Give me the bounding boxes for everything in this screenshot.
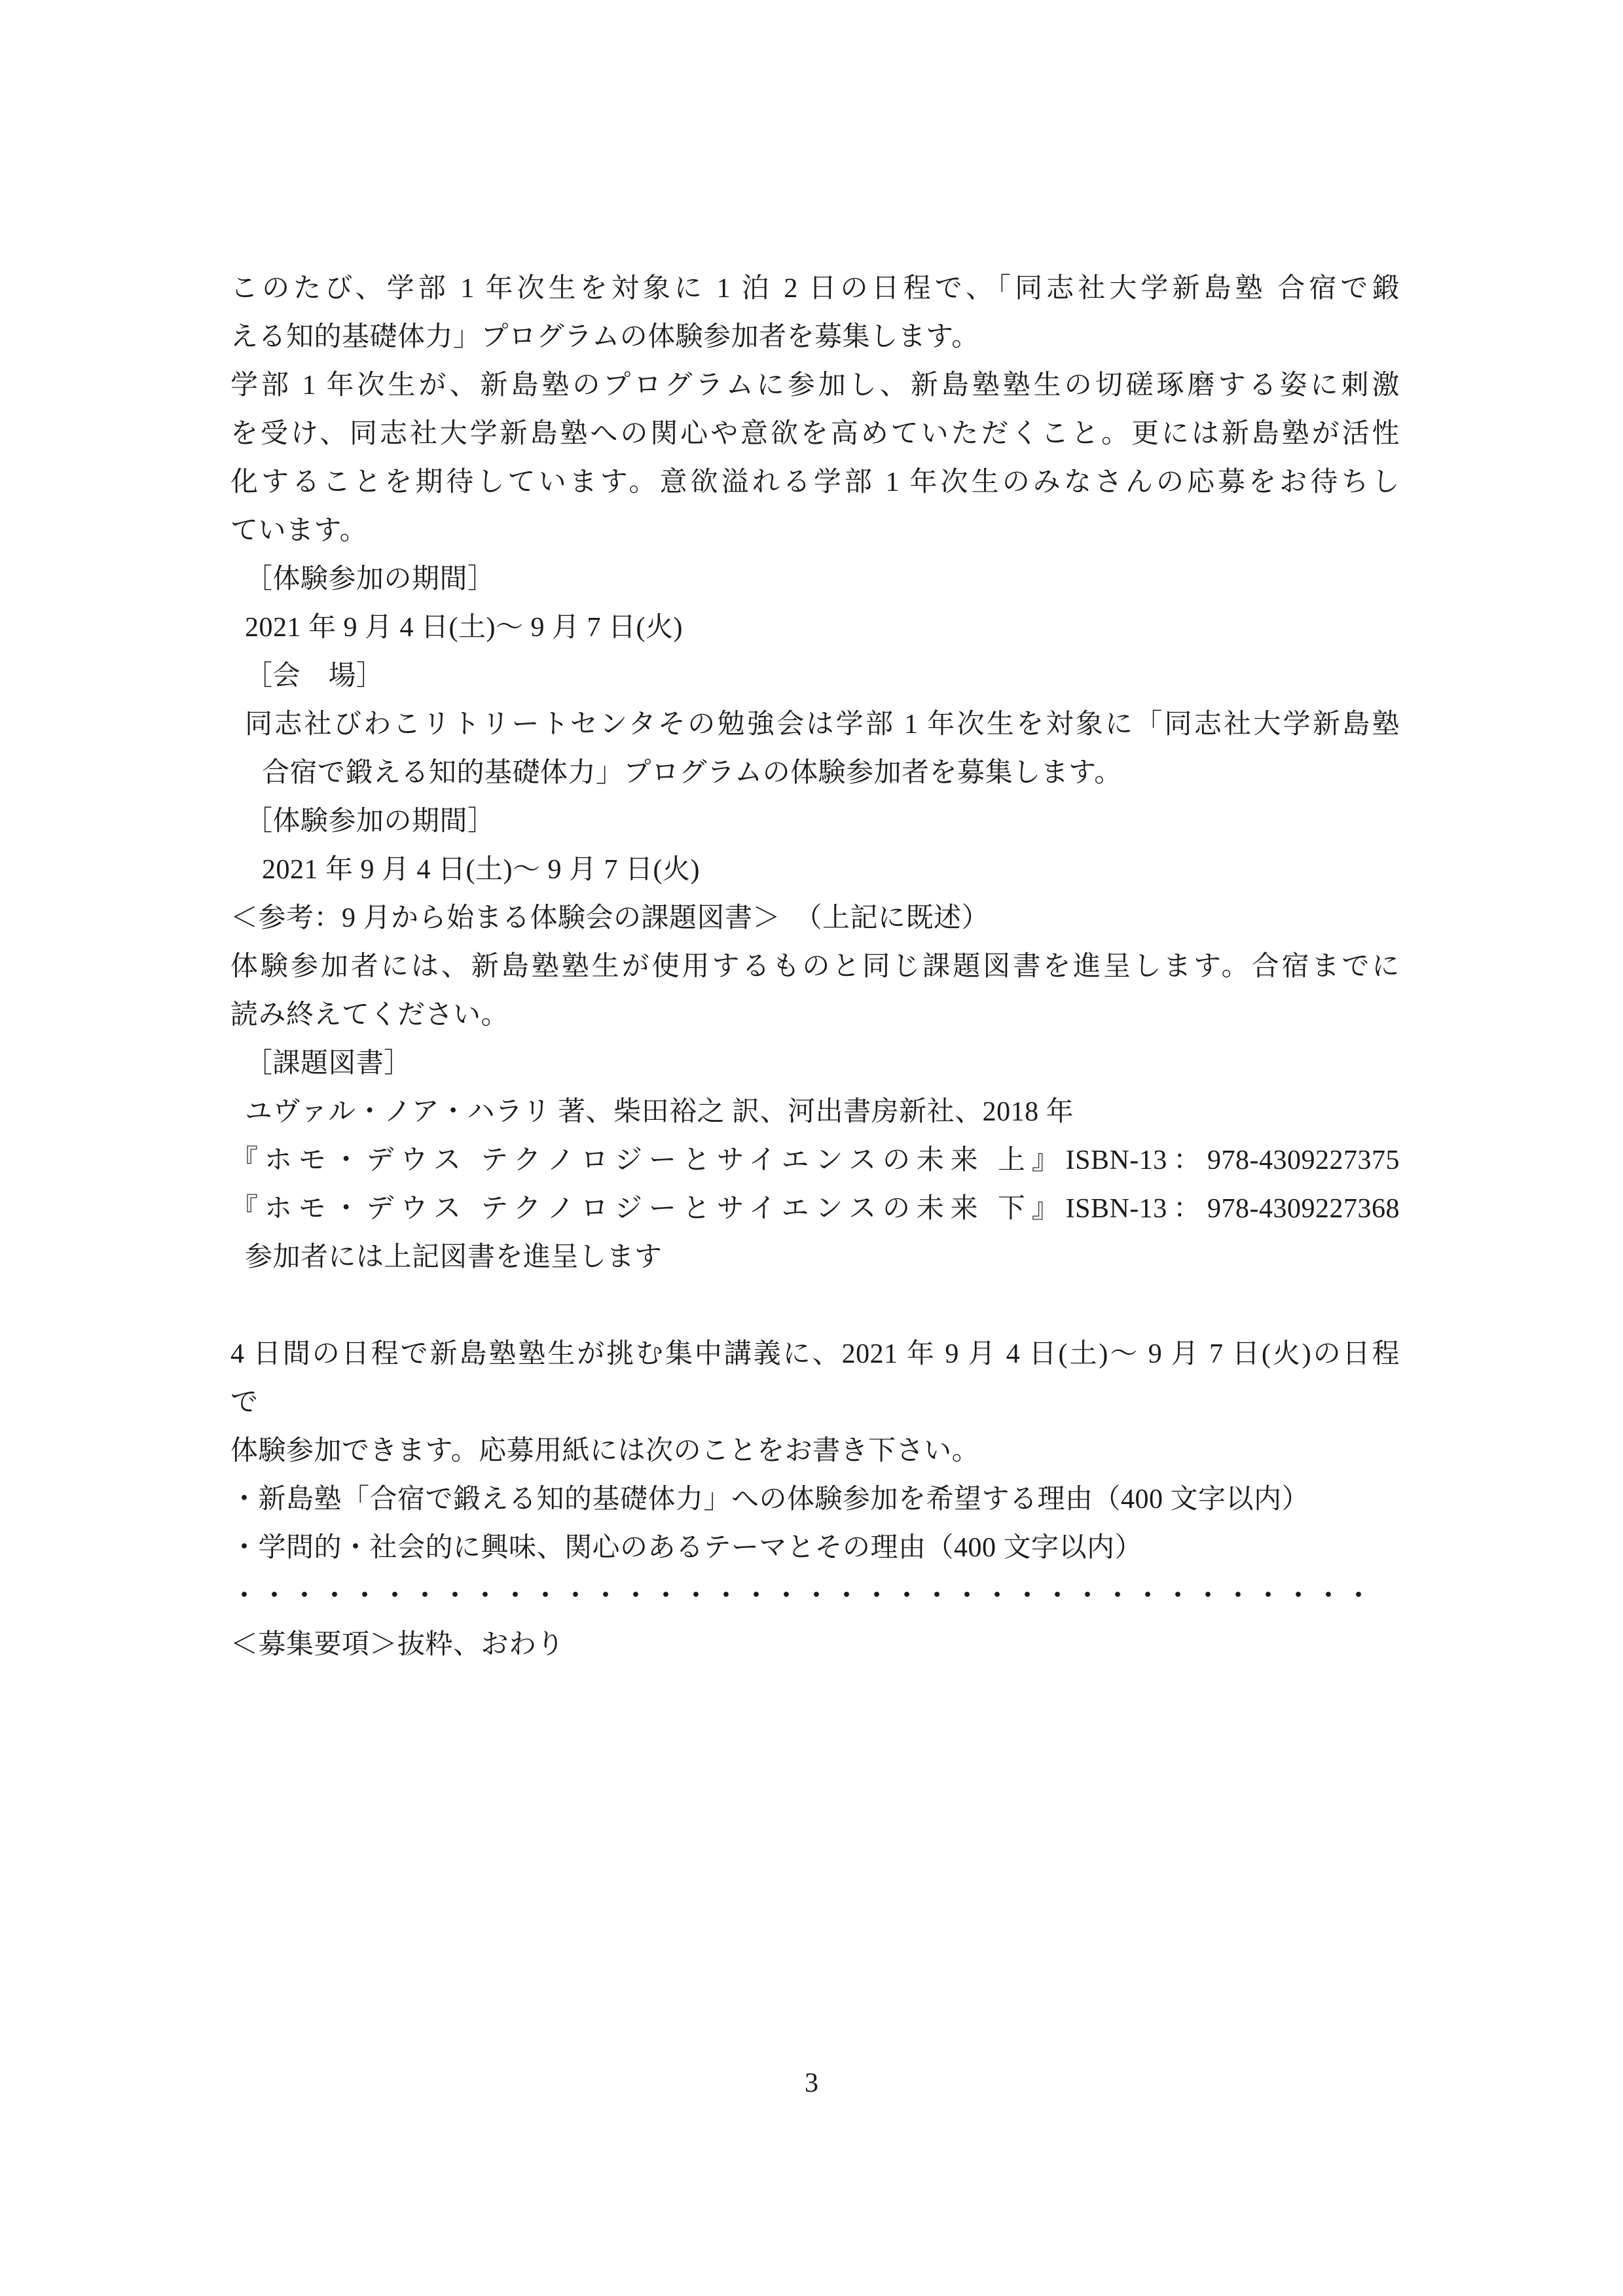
- section-label: ［体験参加の期間］: [230, 555, 1400, 603]
- book-author-line: ユヴァル・ノア・ハラリ 著、柴田裕之 訳、河出書房新社、2018 年: [230, 1088, 1400, 1136]
- bullet-item: ・学問的・社会的に興味、関心のあるテーマとその理由（400 文字以内）: [230, 1524, 1400, 1572]
- text-line: を受け、同志社大学新島塾への関心や意欲を高めていただくこと。更には新島塾が活性: [230, 410, 1400, 458]
- text-line: 4 日間の日程で新島塾塾生が挑む集中講義に、2021 年 9 月 4 日(土)～…: [230, 1330, 1400, 1378]
- page-number: 3: [0, 2067, 1623, 2100]
- text-line: このたび、学部 1 年次生を対象に 1 泊 2 日の日程で、「同志社大学新島塾 …: [230, 264, 1400, 313]
- paragraph-break: [230, 1282, 1400, 1330]
- dotted-separator: ・・・・・・・・・・・・・・・・・・・・・・・・・・・・・・・・・・・・・・: [230, 1572, 1400, 1621]
- text-line: 参加者には上記図書を進呈します: [230, 1233, 1400, 1282]
- section-label: ［課題図書］: [230, 1039, 1400, 1088]
- date-line: 2021 年 9 月 4 日(土)～ 9 月 7 日(火): [230, 603, 1400, 652]
- text-line: 体験参加者には、新島塾塾生が使用するものと同じ課題図書を進呈します。合宿までに: [230, 942, 1400, 991]
- text-line: える知的基礎体力」プログラムの体験参加者を募集します。: [230, 313, 1400, 361]
- document-body: このたび、学部 1 年次生を対象に 1 泊 2 日の日程で、「同志社大学新島塾 …: [230, 264, 1400, 1669]
- text-line: 学部 1 年次生が、新島塾のプログラムに参加し、新島塾塾生の切磋琢磨する姿に刺激: [230, 361, 1400, 410]
- book-isbn-line: 『ホモ・デウス テクノロジーとサイエンスの未来 上』ISBN-13：978-43…: [230, 1136, 1400, 1185]
- text-line: 読み終えてください。: [230, 991, 1400, 1039]
- text-line: ています。: [230, 507, 1400, 555]
- closing-line: ＜募集要項＞抜粋、おわり: [230, 1621, 1400, 1669]
- bullet-item: ・新島塾「合宿で鍛える知的基礎体力」への体験参加を希望する理由（400 文字以内…: [230, 1475, 1400, 1524]
- text-line: 体験参加できます。応募用紙には次のことをお書き下さい。: [230, 1427, 1400, 1475]
- text-line: 同志社びわこリトリートセンタその勉強会は学部 1 年次生を対象に「同志社大学新島…: [230, 700, 1400, 749]
- reference-line: ＜参考：9 月から始まる体験会の課題図書＞ （上記に既述）: [230, 894, 1400, 942]
- date-line: 2021 年 9 月 4 日(土)～ 9 月 7 日(火): [230, 846, 1400, 894]
- section-label: ［会 場］: [230, 652, 1400, 700]
- text-line: 化することを期待しています。意欲溢れる学部 1 年次生のみなさんの応募をお待ちし: [230, 458, 1400, 507]
- text-line: で: [230, 1378, 1400, 1427]
- document-page: このたび、学部 1 年次生を対象に 1 泊 2 日の日程で、「同志社大学新島塾 …: [0, 0, 1623, 2296]
- section-label: ［体験参加の期間］: [230, 797, 1400, 846]
- book-isbn-line: 『ホモ・デウス テクノロジーとサイエンスの未来 下』ISBN-13：978-43…: [230, 1185, 1400, 1233]
- text-line: 合宿で鍛える知的基礎体力」プログラムの体験参加者を募集します。: [230, 749, 1400, 797]
